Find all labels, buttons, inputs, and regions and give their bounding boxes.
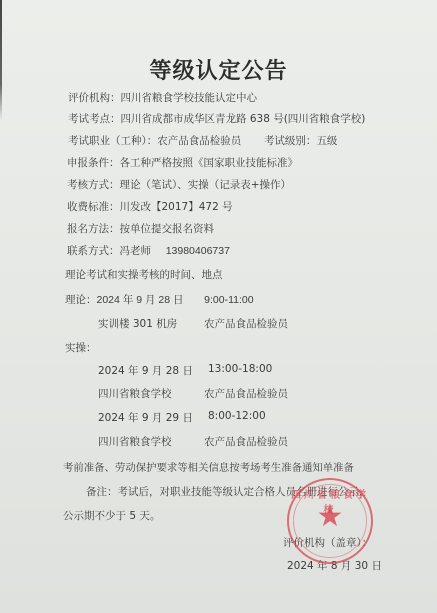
occupation-value: 农产品食品检验员	[157, 135, 241, 147]
requirement-label: 申报条件：	[67, 157, 120, 169]
method-label: 考核方式：	[67, 179, 120, 191]
announcement-document: 等级认定公告 评价机构：四川省粮食学校技能认定中心 考试考点：四川省成都市成华区…	[0, 0, 437, 613]
signup-label: 报名方法：	[67, 223, 120, 235]
practical-session-2-date: 2024 年 9 月 29 日	[98, 410, 193, 425]
signup-line: 报名方法：按单位提交报名资料	[67, 221, 214, 236]
practical-session-2-occupation: 农产品食品检验员	[204, 434, 288, 449]
occupation-label: 考试职业（工种）：	[68, 135, 157, 147]
theory-line: 理论：2024 年 9 月 28 日 9:00-11:00	[65, 292, 254, 307]
practical-label: 实操：	[65, 340, 97, 355]
practical-session-1-location: 四川省粮食学校	[98, 386, 172, 401]
fee-label: 收费标准：	[67, 201, 120, 213]
remark-line-1: 备注：考试后，对职业技能等级认定合格人员名册进行公示，	[86, 484, 370, 499]
theory-label: 理论：	[65, 294, 97, 306]
fee-line: 收费标准：川发改【2017】472 号	[67, 199, 233, 214]
theory-time: 9:00-11:00	[204, 294, 253, 306]
method-line: 考核方式：理论（笔试）、实操（记录表+操作）	[67, 177, 291, 192]
star-icon: ★	[289, 502, 371, 532]
practical-session-2-location: 四川省粮食学校	[98, 434, 172, 449]
method-value: 理论（笔试）、实操（记录表+操作）	[120, 179, 292, 191]
site-line: 考试考点：四川省成都市成华区青龙路 638 号(四川省粮食学校)	[68, 111, 365, 126]
signup-value: 按单位提交报名资料	[120, 223, 215, 235]
contact-phone: 13980406737	[166, 245, 230, 257]
theory-occupation: 农产品食品检验员	[204, 316, 288, 331]
org-label: 评价机构：	[68, 92, 121, 104]
site-label: 考试考点：	[68, 113, 121, 125]
level-label: 考试级别：	[264, 135, 317, 147]
contact-label: 联系方式：	[67, 245, 120, 257]
theory-location: 实训楼 301 机房	[98, 318, 177, 330]
theory-date: 2024 年 9 月 28 日	[97, 294, 184, 306]
signature-line: 评价机构（盖章）：	[283, 535, 372, 550]
contact-line: 联系方式：冯老师 13980406737	[67, 243, 230, 258]
practical-session-1-occupation: 农产品食品检验员	[204, 386, 288, 401]
occupation-line: 考试职业（工种）：农产品食品检验员 考试级别：五级	[68, 133, 337, 148]
issue-date: 2024 年 8 月 30 日	[287, 558, 382, 573]
practical-session-2-time: 8:00-12:00	[208, 410, 266, 422]
remark-line-2: 公示期不少于 5 天。	[63, 508, 160, 523]
fee-value: 川发改【2017】472 号	[120, 201, 233, 213]
requirement-value: 各工种严格按照《国家职业技能标准》	[120, 157, 299, 169]
site-value: 四川省成都市成华区青龙路 638 号(四川省粮食学校)	[121, 113, 366, 125]
document-title: 等级认定公告	[0, 54, 437, 85]
org-line: 评价机构：四川省粮食学校技能认定中心	[68, 90, 257, 105]
requirement-line: 申报条件：各工种严格按照《国家职业技能标准》	[67, 155, 298, 170]
level-value: 五级	[316, 135, 337, 147]
theory-location-line: 实训楼 301 机房	[98, 316, 177, 331]
contact-name: 冯老师	[120, 245, 152, 257]
practical-session-1-time: 13:00-18:00	[208, 363, 272, 375]
preparation-note: 考前准备、劳动保护要求等相关信息按考场考生准备通知单准备	[63, 459, 354, 474]
schedule-heading: 理论考试和实操考核的时间、地点	[65, 267, 223, 282]
practical-session-1-date: 2024 年 9 月 28 日	[98, 363, 193, 378]
org-value: 四川省粮食学校技能认定中心	[121, 92, 258, 104]
